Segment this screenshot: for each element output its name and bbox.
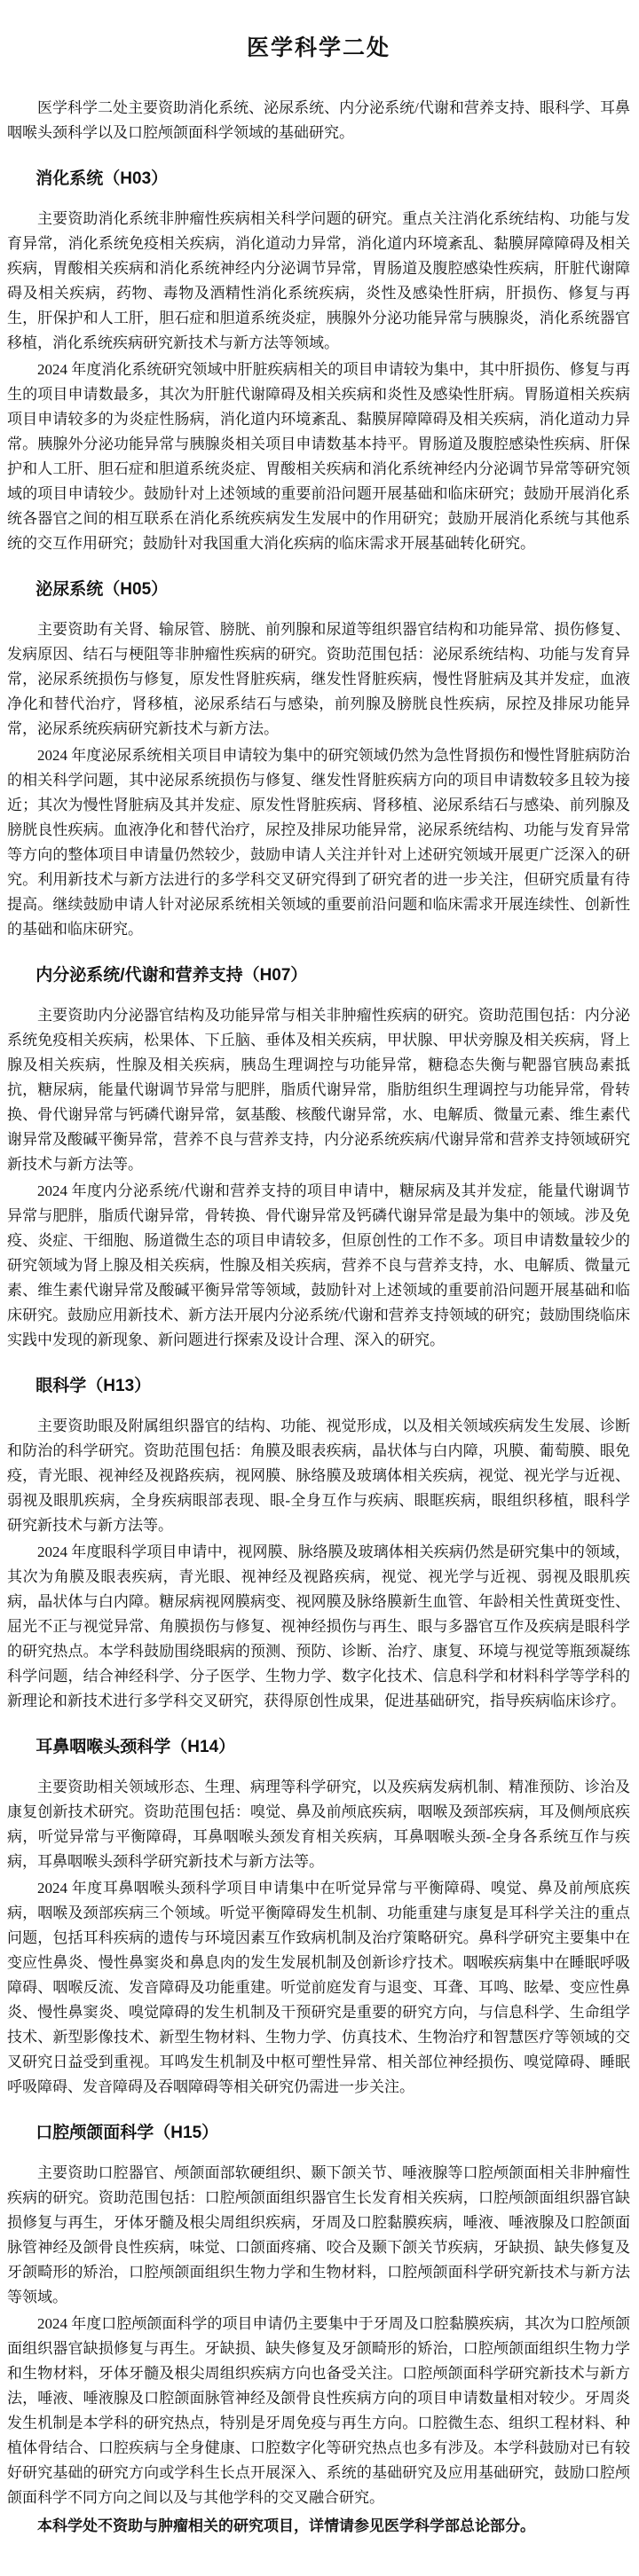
section-paragraph: 主要资助内分泌器官结构及功能异常与相关非肿瘤性疾病的研究。资助范围包括：内分泌系…	[7, 1003, 630, 1177]
footer-note: 本科学处不资助与肿瘤相关的研究项目，详情请参见医学科学部总论部分。	[7, 2514, 630, 2539]
section-paragraph: 主要资助眼及附属组织器官的结构、功能、视觉形成，以及相关领域疾病发生发展、诊断和…	[7, 1414, 630, 1538]
section-heading-h13: 眼科学（H13）	[7, 1372, 630, 1396]
section-heading-h05: 泌尿系统（H05）	[7, 576, 630, 600]
section-paragraph: 主要资助有关肾、输尿管、膀胱、前列腺和尿道等组织器官结构和功能异常、损伤修复、发…	[7, 617, 630, 742]
section-heading-h03: 消化系统（H03）	[7, 165, 630, 189]
section-paragraph: 2024 年度泌尿系统相关项目申请较为集中的研究领域仍然为急性肾损伤和慢性肾脏病…	[7, 743, 630, 942]
section-heading-h07: 内分泌系统/代谢和营养支持（H07）	[7, 962, 630, 986]
section-paragraph: 2024 年度口腔颅颌面科学的项目申请仍主要集中于牙周及口腔黏膜疾病，其次为口腔…	[7, 2312, 630, 2510]
section-paragraph: 2024 年度消化系统研究领域中肝脏疾病相关的项目申请较为集中，其中肝损伤、修复…	[7, 357, 630, 556]
section-heading-h15: 口腔颅颌面科学（H15）	[7, 2119, 630, 2143]
section-paragraph: 主要资助口腔器官、颅颌面部软硬组织、颞下颌关节、唾液腺等口腔颅颌面相关非肿瘤性疾…	[7, 2161, 630, 2310]
intro-paragraph: 医学科学二处主要资助消化系统、泌尿系统、内分泌系统/代谢和营养支持、眼科学、耳鼻…	[7, 96, 630, 145]
section-paragraph: 2024 年度耳鼻咽喉头颈科学项目申请集中在听觉异常与平衡障碍、嗅觉、鼻及前颅底…	[7, 1876, 630, 2100]
section-paragraph: 主要资助消化系统非肿瘤性疾病相关科学问题的研究。重点关注消化系统结构、功能与发育…	[7, 207, 630, 356]
page-title: 医学科学二处	[7, 30, 630, 62]
document-page: 医学科学二处 医学科学二处主要资助消化系统、泌尿系统、内分泌系统/代谢和营养支持…	[0, 0, 639, 2576]
section-paragraph: 2024 年度眼科学项目申请中，视网膜、脉络膜及玻璃体相关疾病仍然是研究集中的领…	[7, 1540, 630, 1714]
section-paragraph: 主要资助相关领域形态、生理、病理等科学研究，以及疾病发病机制、精准预防、诊治及康…	[7, 1775, 630, 1874]
section-heading-h14: 耳鼻咽喉头颈科学（H14）	[7, 1733, 630, 1757]
section-paragraph: 2024 年度内分泌系统/代谢和营养支持的项目申请中，糖尿病及其并发症，能量代谢…	[7, 1179, 630, 1353]
